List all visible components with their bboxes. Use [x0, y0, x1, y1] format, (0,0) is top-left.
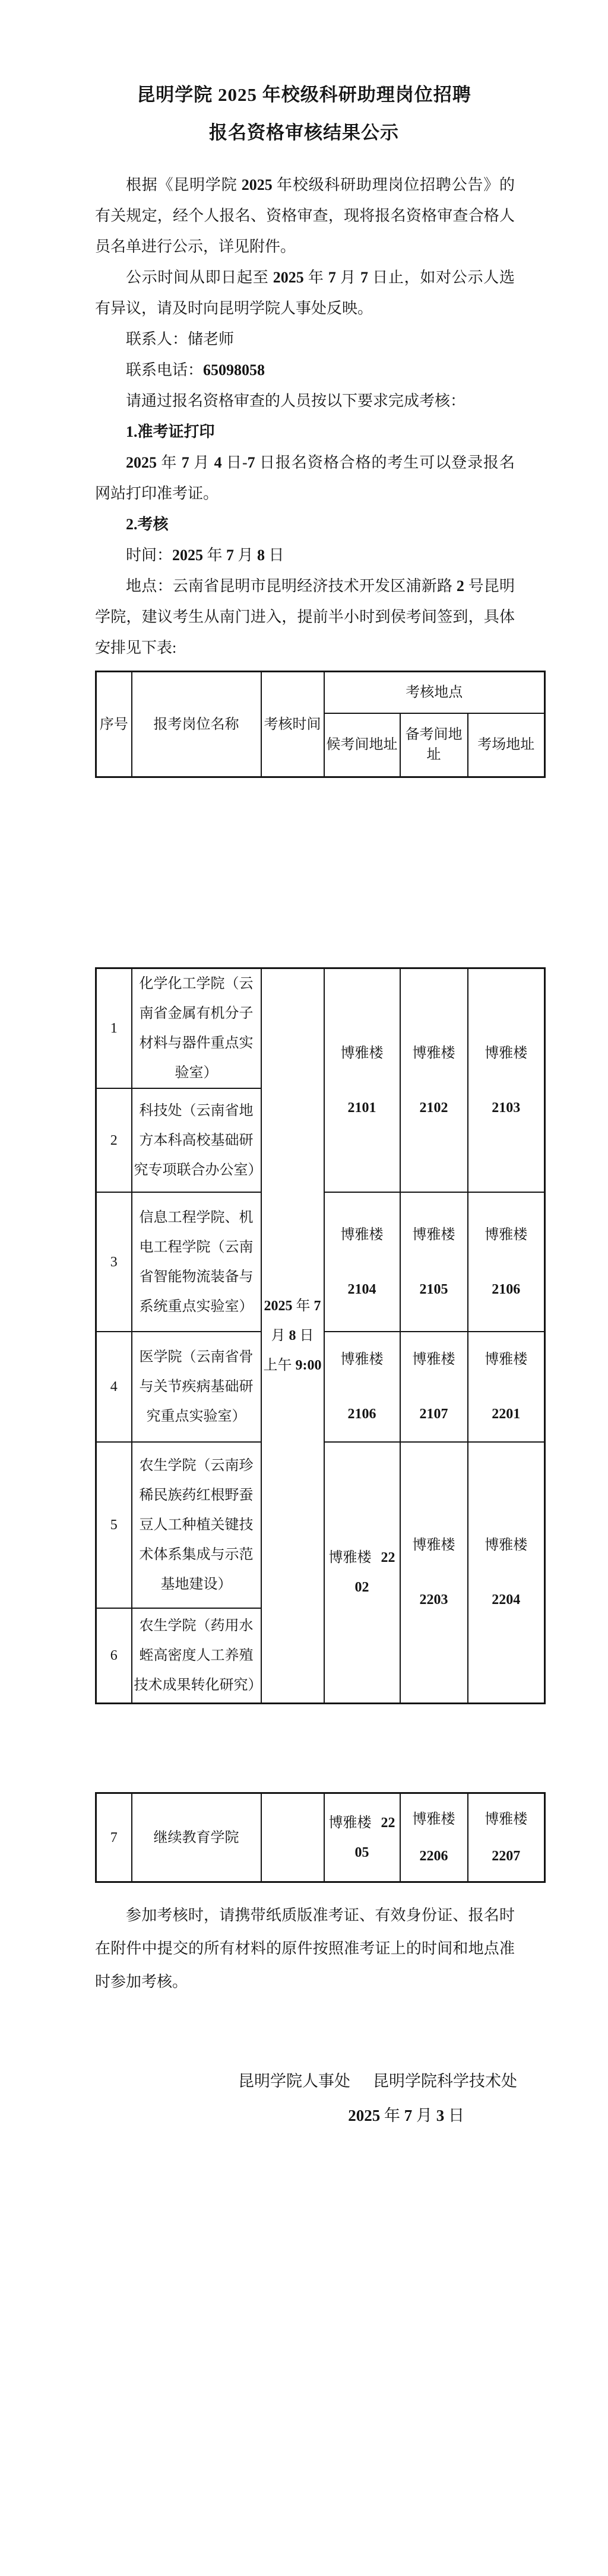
paragraph-contact-person: 联系人：储老师	[95, 324, 515, 355]
paragraph-publicity-period: 公示时间从即日起至 2025 年 7 月 7 日止，如对公示人选有异议，请及时向…	[95, 262, 515, 324]
location-cell: 博雅楼 2107	[400, 1332, 468, 1442]
seq-cell: 6	[96, 1608, 132, 1703]
building-name: 博雅楼	[403, 1208, 465, 1262]
doc-title-line2: 报名资格审核结果公示	[0, 122, 608, 144]
post-cell: 化学化工学院（云南省金属有机分子材料与器件重点实验室）	[132, 968, 261, 1089]
paragraph-assessment-time: 时间：2025 年 7 月 8 日	[95, 540, 515, 571]
header-time: 考核时间	[261, 672, 324, 777]
seq-cell: 7	[96, 1793, 132, 1882]
paragraph-contact-phone: 联系电话：65098058	[95, 355, 515, 386]
header-exam-room: 考场地址	[468, 713, 545, 777]
location-cell: 博雅楼 2207	[468, 1793, 545, 1882]
room-number: 2206	[403, 1838, 465, 1875]
location-cell: 博雅楼 2204	[468, 1442, 545, 1703]
location-cell: 博雅楼 2106	[324, 1332, 400, 1442]
post-cell: 继续教育学院	[132, 1793, 261, 1882]
paragraph-basis: 根据《昆明学院 2025 年校级科研助理岗位招聘公告》的有关规定，经个人报名、资…	[95, 170, 515, 262]
building-name: 博雅楼	[470, 1518, 543, 1573]
location-cell: 博雅楼 2106	[468, 1192, 545, 1332]
location-cell: 博雅楼 2202	[324, 1442, 400, 1703]
building-name: 博雅楼	[403, 1332, 465, 1387]
room-number: 2203	[403, 1573, 465, 1627]
seq-cell: 2	[96, 1088, 132, 1192]
seq-cell: 4	[96, 1332, 132, 1442]
paragraph-print-ticket-detail: 2025 年 7 月 4 日-7 日报名资格合格的考生可以登录报名网站打印准考证…	[95, 447, 515, 509]
body-text: 根据《昆明学院 2025 年校级科研助理岗位招聘公告》的有关规定，经个人报名、资…	[95, 170, 515, 663]
building-name: 博雅楼	[470, 1801, 543, 1838]
header-waiting-room: 候考间地址	[324, 713, 400, 777]
room-number: 2103	[470, 1081, 543, 1135]
seq-cell: 5	[96, 1442, 132, 1608]
location-cell: 博雅楼 2104	[324, 1192, 400, 1332]
assessment-table-rows: 1 化学化工学院（云南省金属有机分子材料与器件重点实验室） 2025 年 7 月…	[95, 967, 546, 1704]
room-number: 2106	[470, 1262, 543, 1317]
closing-text: 参加考核时，请携带纸质版准考证、有效身份证、报名时在附件中提交的所有材料的原件按…	[95, 1899, 515, 1999]
location-cell: 博雅楼 2206	[400, 1793, 468, 1882]
room-number: 2104	[327, 1262, 398, 1317]
header-post: 报考岗位名称	[132, 672, 261, 777]
building-name: 博雅楼	[327, 1332, 398, 1387]
date-line: 2025 年 7 月 3 日	[348, 2102, 464, 2126]
paragraph-exam-reminder: 参加考核时，请携带纸质版准考证、有效身份证、报名时在附件中提交的所有材料的原件按…	[95, 1899, 515, 1999]
building-name: 博雅楼	[329, 1550, 372, 1565]
assessment-table-row7: 7 继续教育学院 博雅楼 2205 博雅楼 2206 博雅楼 2207	[95, 1792, 546, 1883]
post-cell: 农生学院（云南珍稀民族药红根野蚕豆人工种植关键技术体系集成与示范基地建设）	[132, 1442, 261, 1608]
doc-title-line1: 昆明学院 2025 年校级科研助理岗位招聘	[0, 84, 608, 106]
header-location: 考核地点	[324, 672, 545, 713]
location-cell: 博雅楼 2101	[324, 968, 400, 1193]
building-name: 博雅楼	[327, 1208, 398, 1262]
building-name: 博雅楼	[470, 1208, 543, 1262]
building-name: 博雅楼	[470, 1332, 543, 1387]
location-cell: 博雅楼 2105	[400, 1192, 468, 1332]
room-number: 2204	[470, 1573, 543, 1627]
time-cell-empty	[261, 1793, 324, 1882]
room-number: 2201	[470, 1387, 543, 1441]
heading-print-ticket: 1.准考证打印	[95, 417, 515, 447]
signer-science-office: 昆明学院科学技术处	[373, 2072, 517, 2090]
location-cell: 博雅楼 2103	[468, 968, 545, 1193]
paragraph-requirements-intro: 请通过报名资格审查的人员按以下要求完成考核：	[95, 386, 515, 417]
building-name: 博雅楼	[403, 1026, 465, 1081]
header-prep-room: 备考间地址	[400, 713, 468, 777]
building-name: 博雅楼	[403, 1801, 465, 1838]
room-number: 2106	[327, 1387, 398, 1441]
post-cell: 科技处（云南省地方本科高校基础研究专项联合办公室）	[132, 1088, 261, 1192]
building-name: 博雅楼	[470, 1026, 543, 1081]
signer-hr-office: 昆明学院人事处	[238, 2072, 350, 2090]
announcement-document: 昆明学院 2025 年校级科研助理岗位招聘 报名资格审核结果公示 根据《昆明学院…	[0, 0, 608, 2576]
signature-line: 昆明学院人事处昆明学院科学技术处	[238, 2068, 517, 2091]
post-cell: 农生学院（药用水蛭高密度人工养殖技术成果转化研究）	[132, 1608, 261, 1703]
seq-cell: 3	[96, 1192, 132, 1332]
building-name: 博雅楼	[329, 1815, 372, 1831]
header-seq: 序号	[96, 672, 132, 777]
table-row: 7 继续教育学院 博雅楼 2205 博雅楼 2206 博雅楼 2207	[96, 1793, 545, 1882]
room-number: 2101	[327, 1081, 398, 1135]
location-cell: 博雅楼 2201	[468, 1332, 545, 1442]
location-cell: 博雅楼 2102	[400, 968, 468, 1193]
building-name: 博雅楼	[327, 1026, 398, 1081]
location-cell: 博雅楼 2203	[400, 1442, 468, 1703]
paragraph-assessment-place: 地点：云南省昆明市昆明经济技术开发区浦新路 2 号昆明学院，建议考生从南门进入，…	[95, 571, 515, 663]
room-number: 2102	[403, 1081, 465, 1135]
room-number: 2105	[403, 1262, 465, 1317]
building-name: 博雅楼	[403, 1518, 465, 1573]
seq-cell: 1	[96, 968, 132, 1089]
time-cell: 2025 年 7 月 8 日 上午 9:00	[261, 968, 324, 1704]
post-cell: 医学院（云南省骨与关节疾病基础研究重点实验室）	[132, 1332, 261, 1442]
location-cell: 博雅楼 2205	[324, 1793, 400, 1882]
heading-assessment: 2.考核	[95, 509, 515, 540]
assessment-table-header: 序号 报考岗位名称 考核时间 考核地点 候考间地址 备考间地址 考场地址	[95, 671, 546, 778]
room-number: 2107	[403, 1387, 465, 1441]
post-cell: 信息工程学院、机电工程学院（云南省智能物流装备与系统重点实验室）	[132, 1192, 261, 1332]
room-number: 2207	[470, 1838, 543, 1875]
table-row: 1 化学化工学院（云南省金属有机分子材料与器件重点实验室） 2025 年 7 月…	[96, 968, 545, 1089]
